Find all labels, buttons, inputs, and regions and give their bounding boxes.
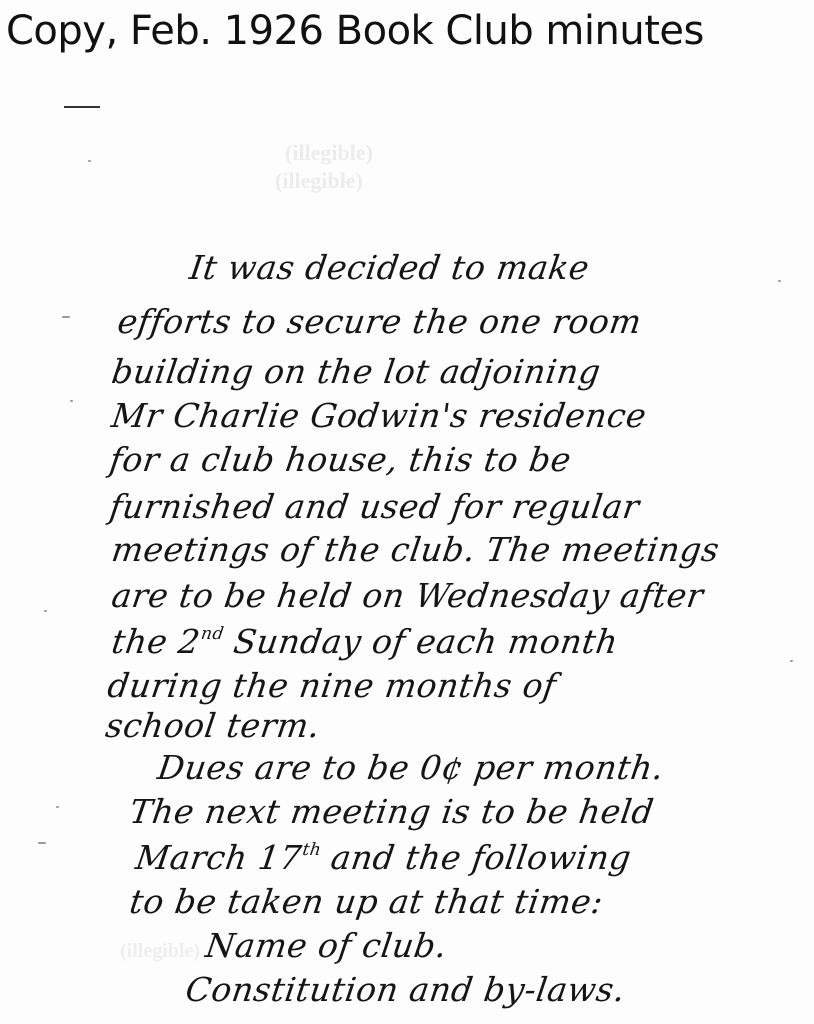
- minutes-line: to be taken up at that time:: [127, 882, 605, 921]
- minutes-text: March 17: [133, 838, 304, 877]
- minutes-line: school term.: [103, 706, 322, 745]
- minutes-line: for a club house, this to be: [107, 440, 573, 479]
- minutes-line: Name of club.: [203, 926, 449, 965]
- minutes-text: and the following: [318, 838, 634, 877]
- minutes-line: Mr Charlie Godwin's residence: [109, 396, 649, 435]
- minutes-text: the 2: [109, 622, 203, 661]
- minutes-line: The next meeting is to be held: [127, 792, 656, 831]
- minutes-line: Constitution and by-laws.: [183, 970, 627, 1009]
- minutes-line: are to be held on Wednesday after: [109, 576, 706, 615]
- minutes-line: the 2nd Sunday of each month: [109, 622, 620, 661]
- minutes-text: Sunday of each month: [220, 622, 620, 661]
- minutes-line: building on the lot adjoining: [109, 352, 603, 391]
- minutes-line: Dues are to be 0¢ per month.: [155, 748, 666, 787]
- minutes-line: efforts to secure the one room: [115, 302, 644, 341]
- minutes-line: meetings of the club. The meetings: [109, 530, 722, 569]
- minutes-line: furnished and used for regular: [107, 487, 642, 526]
- minutes-line: March 17th and the following: [133, 838, 634, 877]
- minutes-line: during the nine months of: [105, 666, 559, 705]
- minutes-line: It was decided to make: [187, 248, 592, 287]
- ordinal-suffix: nd: [200, 624, 226, 644]
- minutes-body: It was decided to make efforts to secure…: [0, 0, 814, 1024]
